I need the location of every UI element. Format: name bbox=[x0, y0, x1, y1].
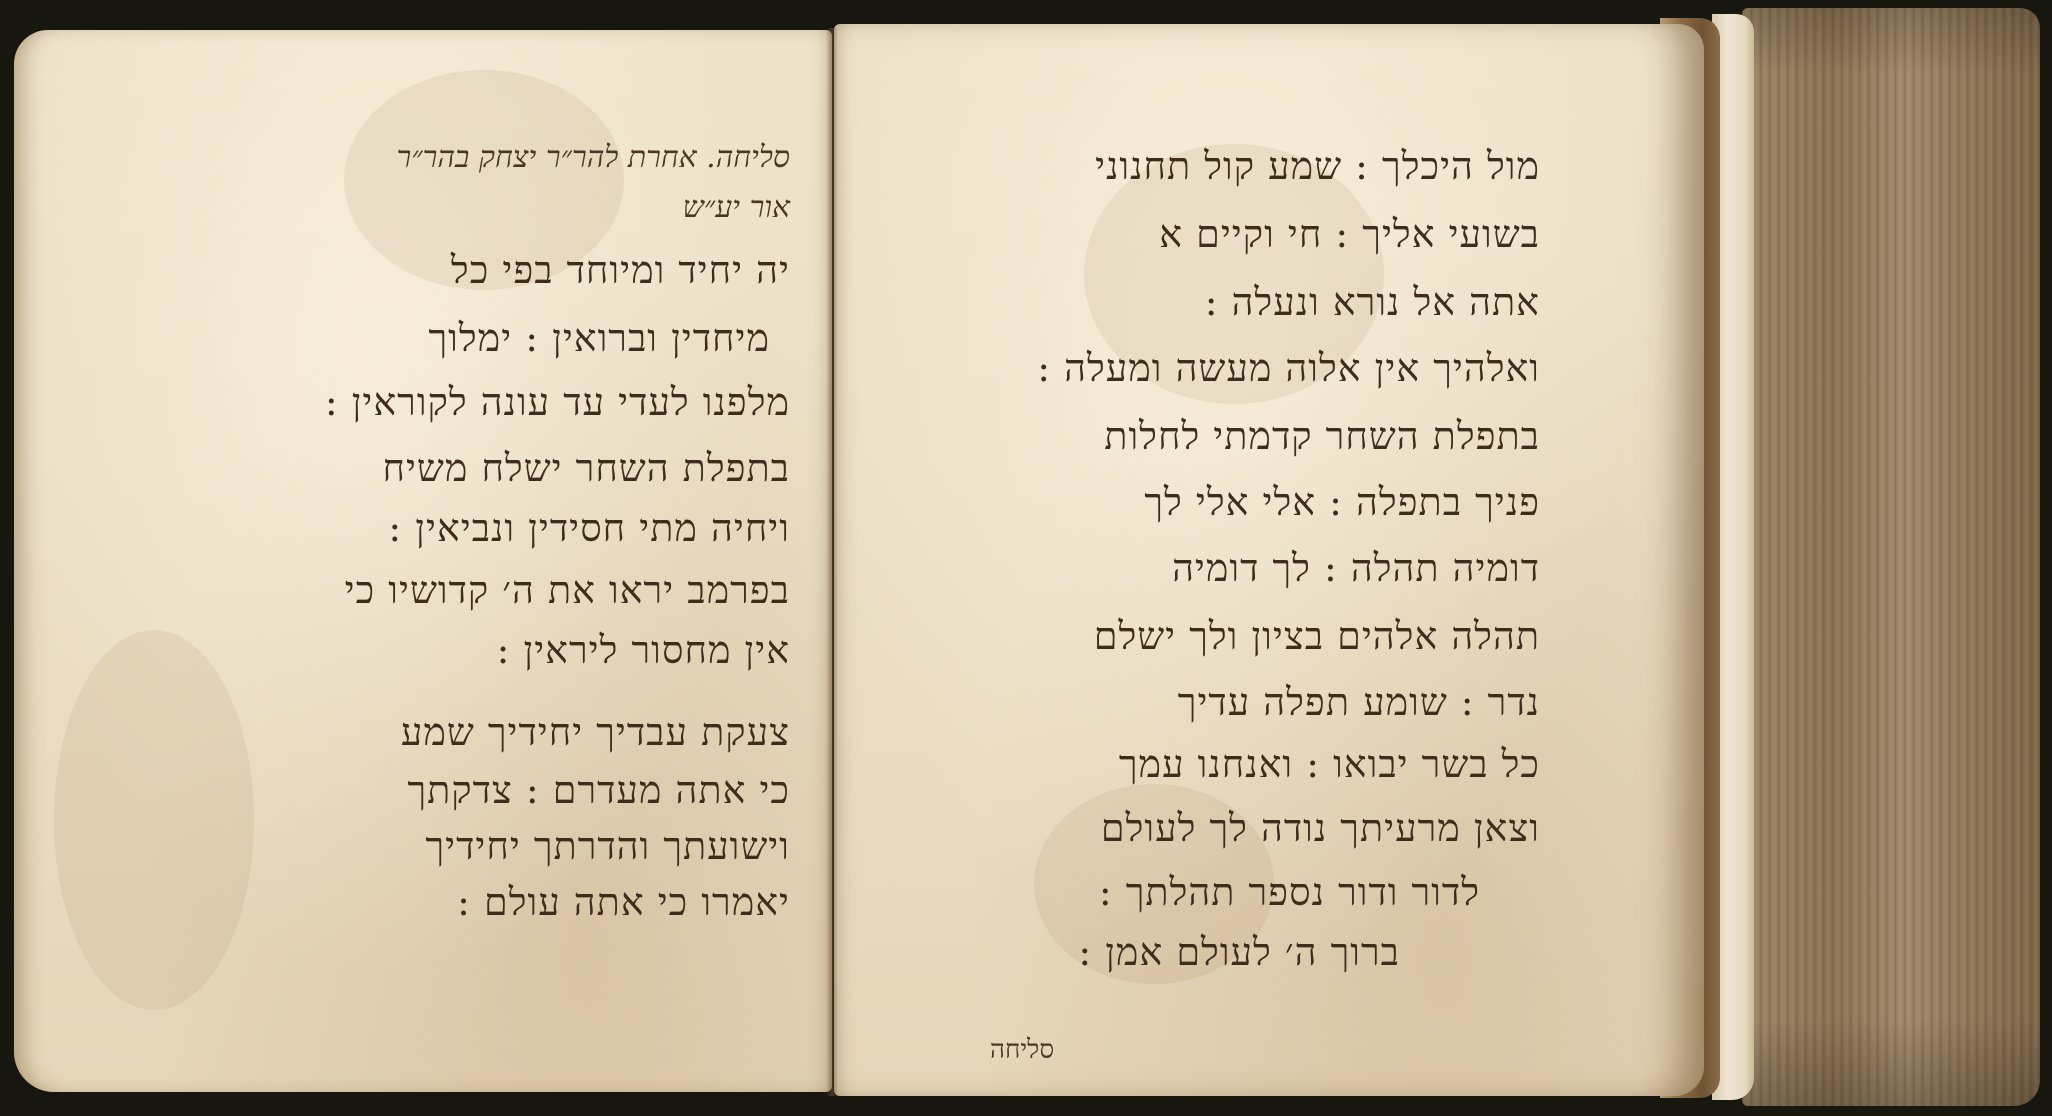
text-line: וצאן מרעיתך נודה לך לעולם bbox=[1101, 806, 1540, 851]
text-line: ויחיה מתי חסידין ונביאין : bbox=[388, 506, 790, 551]
text-line: ואלהיך אין אלוה מעשה ומעלה : bbox=[1037, 346, 1540, 391]
text-line: כי אתה מעדרם : צדקתך bbox=[407, 768, 790, 813]
header-line: אור יע״ש bbox=[683, 190, 790, 225]
text-line: נדר : שומע תפלה עדיך bbox=[1178, 680, 1540, 725]
text-line: תהלה אלהים בציון ולך ישלם bbox=[1094, 614, 1540, 659]
text-line: דומיה תהלה : לך דומיה bbox=[1172, 546, 1540, 591]
text-line: בשועי אליך : חי וקיים א bbox=[1159, 212, 1540, 257]
text-line: לדור ודור נספר תהלתך : bbox=[1099, 870, 1480, 915]
text-line: מלפנו לעדי עד עונה לקוראין : bbox=[325, 380, 790, 425]
text-line: ברוך ה׳ לעולם אמן : bbox=[1078, 930, 1400, 975]
book-spine-gutter bbox=[826, 28, 838, 1096]
text-line: בתפלת השחר ישלח משיח bbox=[382, 446, 790, 491]
text-line: מול היכלך : שמע קול תחנוני bbox=[1095, 144, 1540, 189]
text-line: וישועתך והדרתך יחידיך bbox=[425, 824, 790, 869]
text-line: פניך בתפלה : אלי אלי לך bbox=[1144, 480, 1540, 525]
text-line: צעקת עבדיך יחידיך שמע bbox=[401, 710, 790, 755]
open-manuscript-book: סליחה. אחרת להר״ר יצחק בהר״ר אור יע״ש יה… bbox=[0, 0, 2052, 1116]
header-line: סליחה. אחרת להר״ר יצחק בהר״ר bbox=[396, 140, 790, 175]
catchword: סליחה bbox=[990, 1035, 1054, 1065]
text-line: בתפלת השחר קדמתי לחלות bbox=[1104, 414, 1540, 459]
text-line: יאמרו כי אתה עולם : bbox=[457, 880, 790, 925]
text-line: בפרמב יראו את ה׳ קדושיו כי bbox=[345, 568, 790, 613]
text-line: אין מחסור ליראין : bbox=[497, 628, 790, 673]
book-fore-edge bbox=[1742, 8, 2040, 1106]
text-line: מיחדין וברואין : ימלוך bbox=[429, 316, 770, 361]
left-page-text: סליחה. אחרת להר״ר יצחק בהר״ר אור יע״ש יה… bbox=[150, 130, 790, 990]
text-line: יה יחיד ומיוחד בפי כל bbox=[451, 248, 790, 293]
text-line: כל בשר יבואו : ואנחנו עמך bbox=[1119, 742, 1540, 787]
right-page-text: מול היכלך : שמע קול תחנוני בשועי אליך : … bbox=[880, 130, 1540, 1030]
text-line: אתה אל נורא ונעלה : bbox=[1205, 280, 1540, 325]
